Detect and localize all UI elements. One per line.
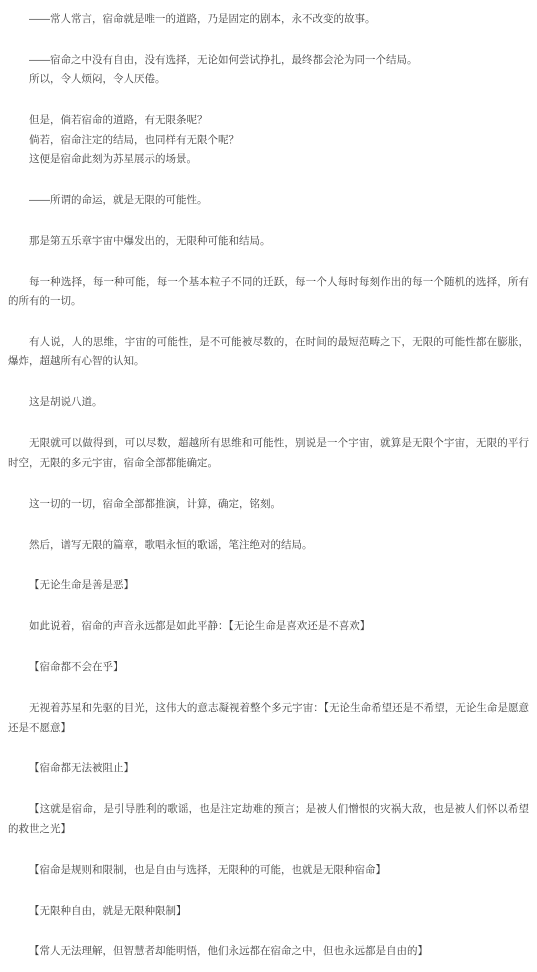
paragraph: 无限就可以做得到，可以尽数，超越所有思维和可能性，别说是一个宇宙，就算是无限个宇… bbox=[8, 434, 529, 473]
paragraph-block: 然后，谱写无限的篇章，歌唱永恒的歌谣，笔注绝对的结局。 bbox=[8, 536, 529, 555]
paragraph-block: ——宿命之中没有自由，没有选择，无论如何尝试挣扎，最终都会沦为同一个结局。所以，… bbox=[8, 51, 529, 90]
paragraph: 但是，倘若宿命的道路，有无限条呢？ bbox=[8, 111, 529, 130]
paragraph: 【宿命是规则和限制，也是自由与选择，无限种的可能，也就是无限种宿命】 bbox=[8, 861, 529, 880]
paragraph-block: 这一切的一切，宿命全部都推演，计算，确定，铭刻。 bbox=[8, 495, 529, 514]
paragraph: ——宿命之中没有自由，没有选择，无论如何尝试挣扎，最终都会沦为同一个结局。 bbox=[8, 51, 529, 70]
paragraph-block: 有人说，人的思维，宇宙的可能性，是不可能被尽数的，在时间的最短范畴之下，无限的可… bbox=[8, 333, 529, 372]
paragraph-block: 【这就是宿命，是引导胜利的歌谣，也是注定劫难的预言；是被人们憎恨的灾祸大敌，也是… bbox=[8, 800, 529, 839]
paragraph-block: 无视着苏星和先驱的目光，这伟大的意志凝视着整个多元宇宙：【无论生命希望还是不希望… bbox=[8, 699, 529, 738]
paragraph: 所以，令人烦闷，令人厌倦。 bbox=[8, 70, 529, 89]
novel-page: ——常人常言，宿命就是唯一的道路，乃是固定的剧本，永不改变的故事。——宿命之中没… bbox=[0, 0, 537, 972]
paragraph: 【常人无法理解，但智慧者却能明悟，他们永远都在宿命之中，但也永远都是自由的】 bbox=[8, 942, 529, 961]
paragraph-block: 【常人无法理解，但智慧者却能明悟，他们永远都在宿命之中，但也永远都是自由的】 bbox=[8, 942, 529, 961]
paragraph: 这一切的一切，宿命全部都推演，计算，确定，铭刻。 bbox=[8, 495, 529, 514]
paragraph: 每一种选择，每一种可能，每一个基本粒子不同的迁跃，每一个人每时每刻作出的每一个随… bbox=[8, 273, 529, 312]
paragraph: 【这就是宿命，是引导胜利的歌谣，也是注定劫难的预言；是被人们憎恨的灾祸大敌，也是… bbox=[8, 800, 529, 839]
paragraph: 【无论生命是善是恶】 bbox=[8, 576, 529, 595]
paragraph-block: ——所谓的命运，就是无限的可能性。 bbox=[8, 191, 529, 210]
paragraph: 然后，谱写无限的篇章，歌唱永恒的歌谣，笔注绝对的结局。 bbox=[8, 536, 529, 555]
paragraph-block: 如此说着，宿命的声音永远都是如此平静：【无论生命是喜欢还是不喜欢】 bbox=[8, 617, 529, 636]
chapter-text: ——常人常言，宿命就是唯一的道路，乃是固定的剧本，永不改变的故事。——宿命之中没… bbox=[0, 0, 537, 972]
paragraph: 如此说着，宿命的声音永远都是如此平静：【无论生命是喜欢还是不喜欢】 bbox=[8, 617, 529, 636]
paragraph: 【无限种自由，就是无限种限制】 bbox=[8, 902, 529, 921]
paragraph: 这是胡说八道。 bbox=[8, 393, 529, 412]
paragraph-block: 这是胡说八道。 bbox=[8, 393, 529, 412]
paragraph: 无视着苏星和先驱的目光，这伟大的意志凝视着整个多元宇宙：【无论生命希望还是不希望… bbox=[8, 699, 529, 738]
paragraph: ——所谓的命运，就是无限的可能性。 bbox=[8, 191, 529, 210]
paragraph: 那是第五乐章宇宙中爆发出的，无限种可能和结局。 bbox=[8, 232, 529, 251]
paragraph: 【宿命都无法被阻止】 bbox=[8, 759, 529, 778]
paragraph-block: 【无论生命是善是恶】 bbox=[8, 576, 529, 595]
paragraph-block: 【宿命都无法被阻止】 bbox=[8, 759, 529, 778]
paragraph-block: ——常人常言，宿命就是唯一的道路，乃是固定的剧本，永不改变的故事。 bbox=[8, 10, 529, 29]
paragraph-block: 【宿命都不会在乎】 bbox=[8, 658, 529, 677]
paragraph-block: 无限就可以做得到，可以尽数，超越所有思维和可能性，别说是一个宇宙，就算是无限个宇… bbox=[8, 434, 529, 473]
paragraph: 有人说，人的思维，宇宙的可能性，是不可能被尽数的，在时间的最短范畴之下，无限的可… bbox=[8, 333, 529, 372]
paragraph: 【宿命都不会在乎】 bbox=[8, 658, 529, 677]
paragraph: 倘若，宿命注定的结局，也同样有无限个呢？ bbox=[8, 131, 529, 150]
paragraph-block: 【无限种自由，就是无限种限制】 bbox=[8, 902, 529, 921]
paragraph-block: 那是第五乐章宇宙中爆发出的，无限种可能和结局。 bbox=[8, 232, 529, 251]
paragraph: ——常人常言，宿命就是唯一的道路，乃是固定的剧本，永不改变的故事。 bbox=[8, 10, 529, 29]
paragraph: 这便是宿命此刻为苏星展示的场景。 bbox=[8, 150, 529, 169]
paragraph-block: 【宿命是规则和限制，也是自由与选择，无限种的可能，也就是无限种宿命】 bbox=[8, 861, 529, 880]
paragraph-block: 每一种选择，每一种可能，每一个基本粒子不同的迁跃，每一个人每时每刻作出的每一个随… bbox=[8, 273, 529, 312]
paragraph-block: 但是，倘若宿命的道路，有无限条呢？倘若，宿命注定的结局，也同样有无限个呢？这便是… bbox=[8, 111, 529, 169]
